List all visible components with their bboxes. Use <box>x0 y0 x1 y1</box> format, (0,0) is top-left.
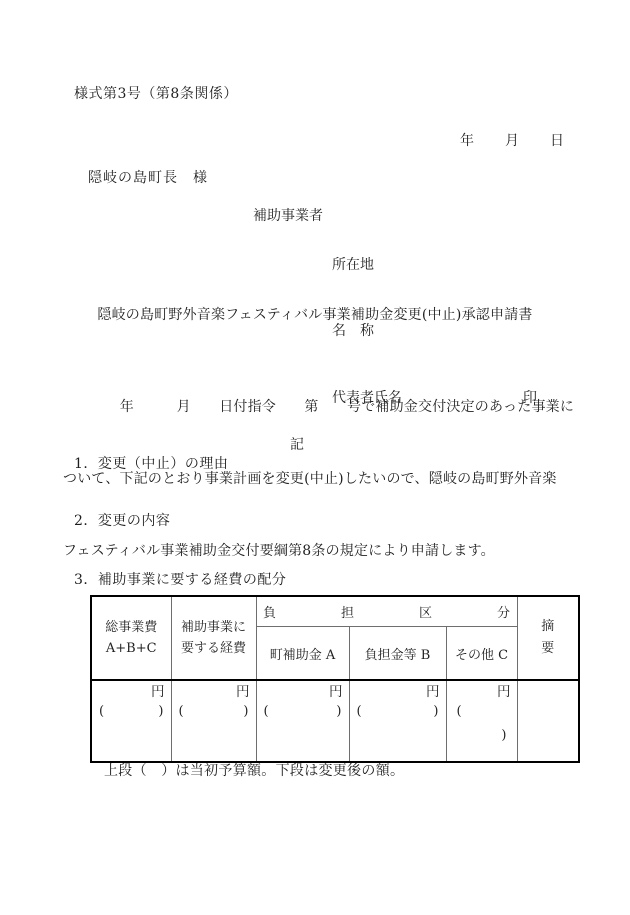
document-title: 隠岐の島町野外音楽フェスティバル事業補助金変更(中止)承認申請書 <box>0 308 630 322</box>
paren-open-mark: ( <box>447 701 517 720</box>
remarks-empty-cell <box>517 680 579 762</box>
total-cost-header: 総事業費 A+B+C <box>91 596 171 680</box>
form-number: 様式第3号（第8条関係） <box>74 87 238 101</box>
project-expense-header: 補助事業に 要する経費 <box>171 596 256 680</box>
footnote: 上段（ ）は当初予算額。下段は変更後の額。 <box>104 764 404 778</box>
paren-row: ( ) <box>350 701 446 720</box>
total-amount-cell: 円 ( ) <box>91 680 171 762</box>
remarks-header: 摘 要 <box>517 596 579 680</box>
yen-unit: 円 <box>257 681 349 701</box>
ki-heading: 記 <box>290 438 304 452</box>
subsidy-amount-cell: 円 ( ) <box>256 680 349 762</box>
section-1-heading: 1．変更（中止）の理由 <box>74 457 228 471</box>
applicant-label: 補助事業者 <box>253 209 323 223</box>
name-label: 名 称 <box>332 320 537 342</box>
cost-allocation-table: 総事業費 A+B+C 補助事業に 要する経費 負 担 区 分 摘 要 町補助金 … <box>90 595 580 763</box>
yen-unit: 円 <box>172 681 256 701</box>
charges-header: 負担金等 B <box>349 627 446 681</box>
paren-close-mark: ) <box>243 704 248 720</box>
yen-unit: 円 <box>350 681 446 701</box>
address-label: 所在地 <box>332 254 537 276</box>
yen-unit: 円 <box>92 681 171 701</box>
paren-open-mark: ( <box>99 704 104 720</box>
burden-division-header: 負 担 区 分 <box>256 596 517 627</box>
paren-open-mark: ( <box>357 704 362 720</box>
other-header: その他 C <box>446 627 517 681</box>
expense-amount-cell: 円 ( ) <box>171 680 256 762</box>
body-line: 年 月 日付指令 第 号で補助金交付決定のあった事業に <box>63 395 574 419</box>
paren-close-mark: ) <box>336 704 341 720</box>
section-3-heading: 3．補助事業に要する経費の配分 <box>74 573 286 587</box>
yen-unit: 円 <box>447 681 517 701</box>
paren-row: ( ) <box>172 701 256 720</box>
paren-row: ( ) <box>92 701 171 720</box>
paren-row: ( ) <box>257 701 349 720</box>
body-line: フェスティバル事業補助金交付要綱第8条の規定により申請します。 <box>63 539 574 563</box>
section-2-heading: 2．変更の内容 <box>74 514 170 528</box>
addressee: 隠岐の島町長 様 <box>88 171 208 185</box>
town-subsidy-header: 町補助金 A <box>256 627 349 681</box>
paren-open-mark: ( <box>264 704 269 720</box>
paren-close-mark: ) <box>433 704 438 720</box>
charges-amount-cell: 円 ( ) <box>349 680 446 762</box>
other-amount-cell: 円 ( ) <box>446 680 517 762</box>
paren-open-mark: ( <box>179 704 184 720</box>
paren-close-mark: ) <box>158 704 163 720</box>
application-form-page: 様式第3号（第8条関係） 年 月 日 隠岐の島町長 様 補助事業者 所在地 名 … <box>0 0 630 915</box>
date-line: 年 月 日 <box>460 134 565 148</box>
paren-close-mark: ) <box>447 720 517 744</box>
